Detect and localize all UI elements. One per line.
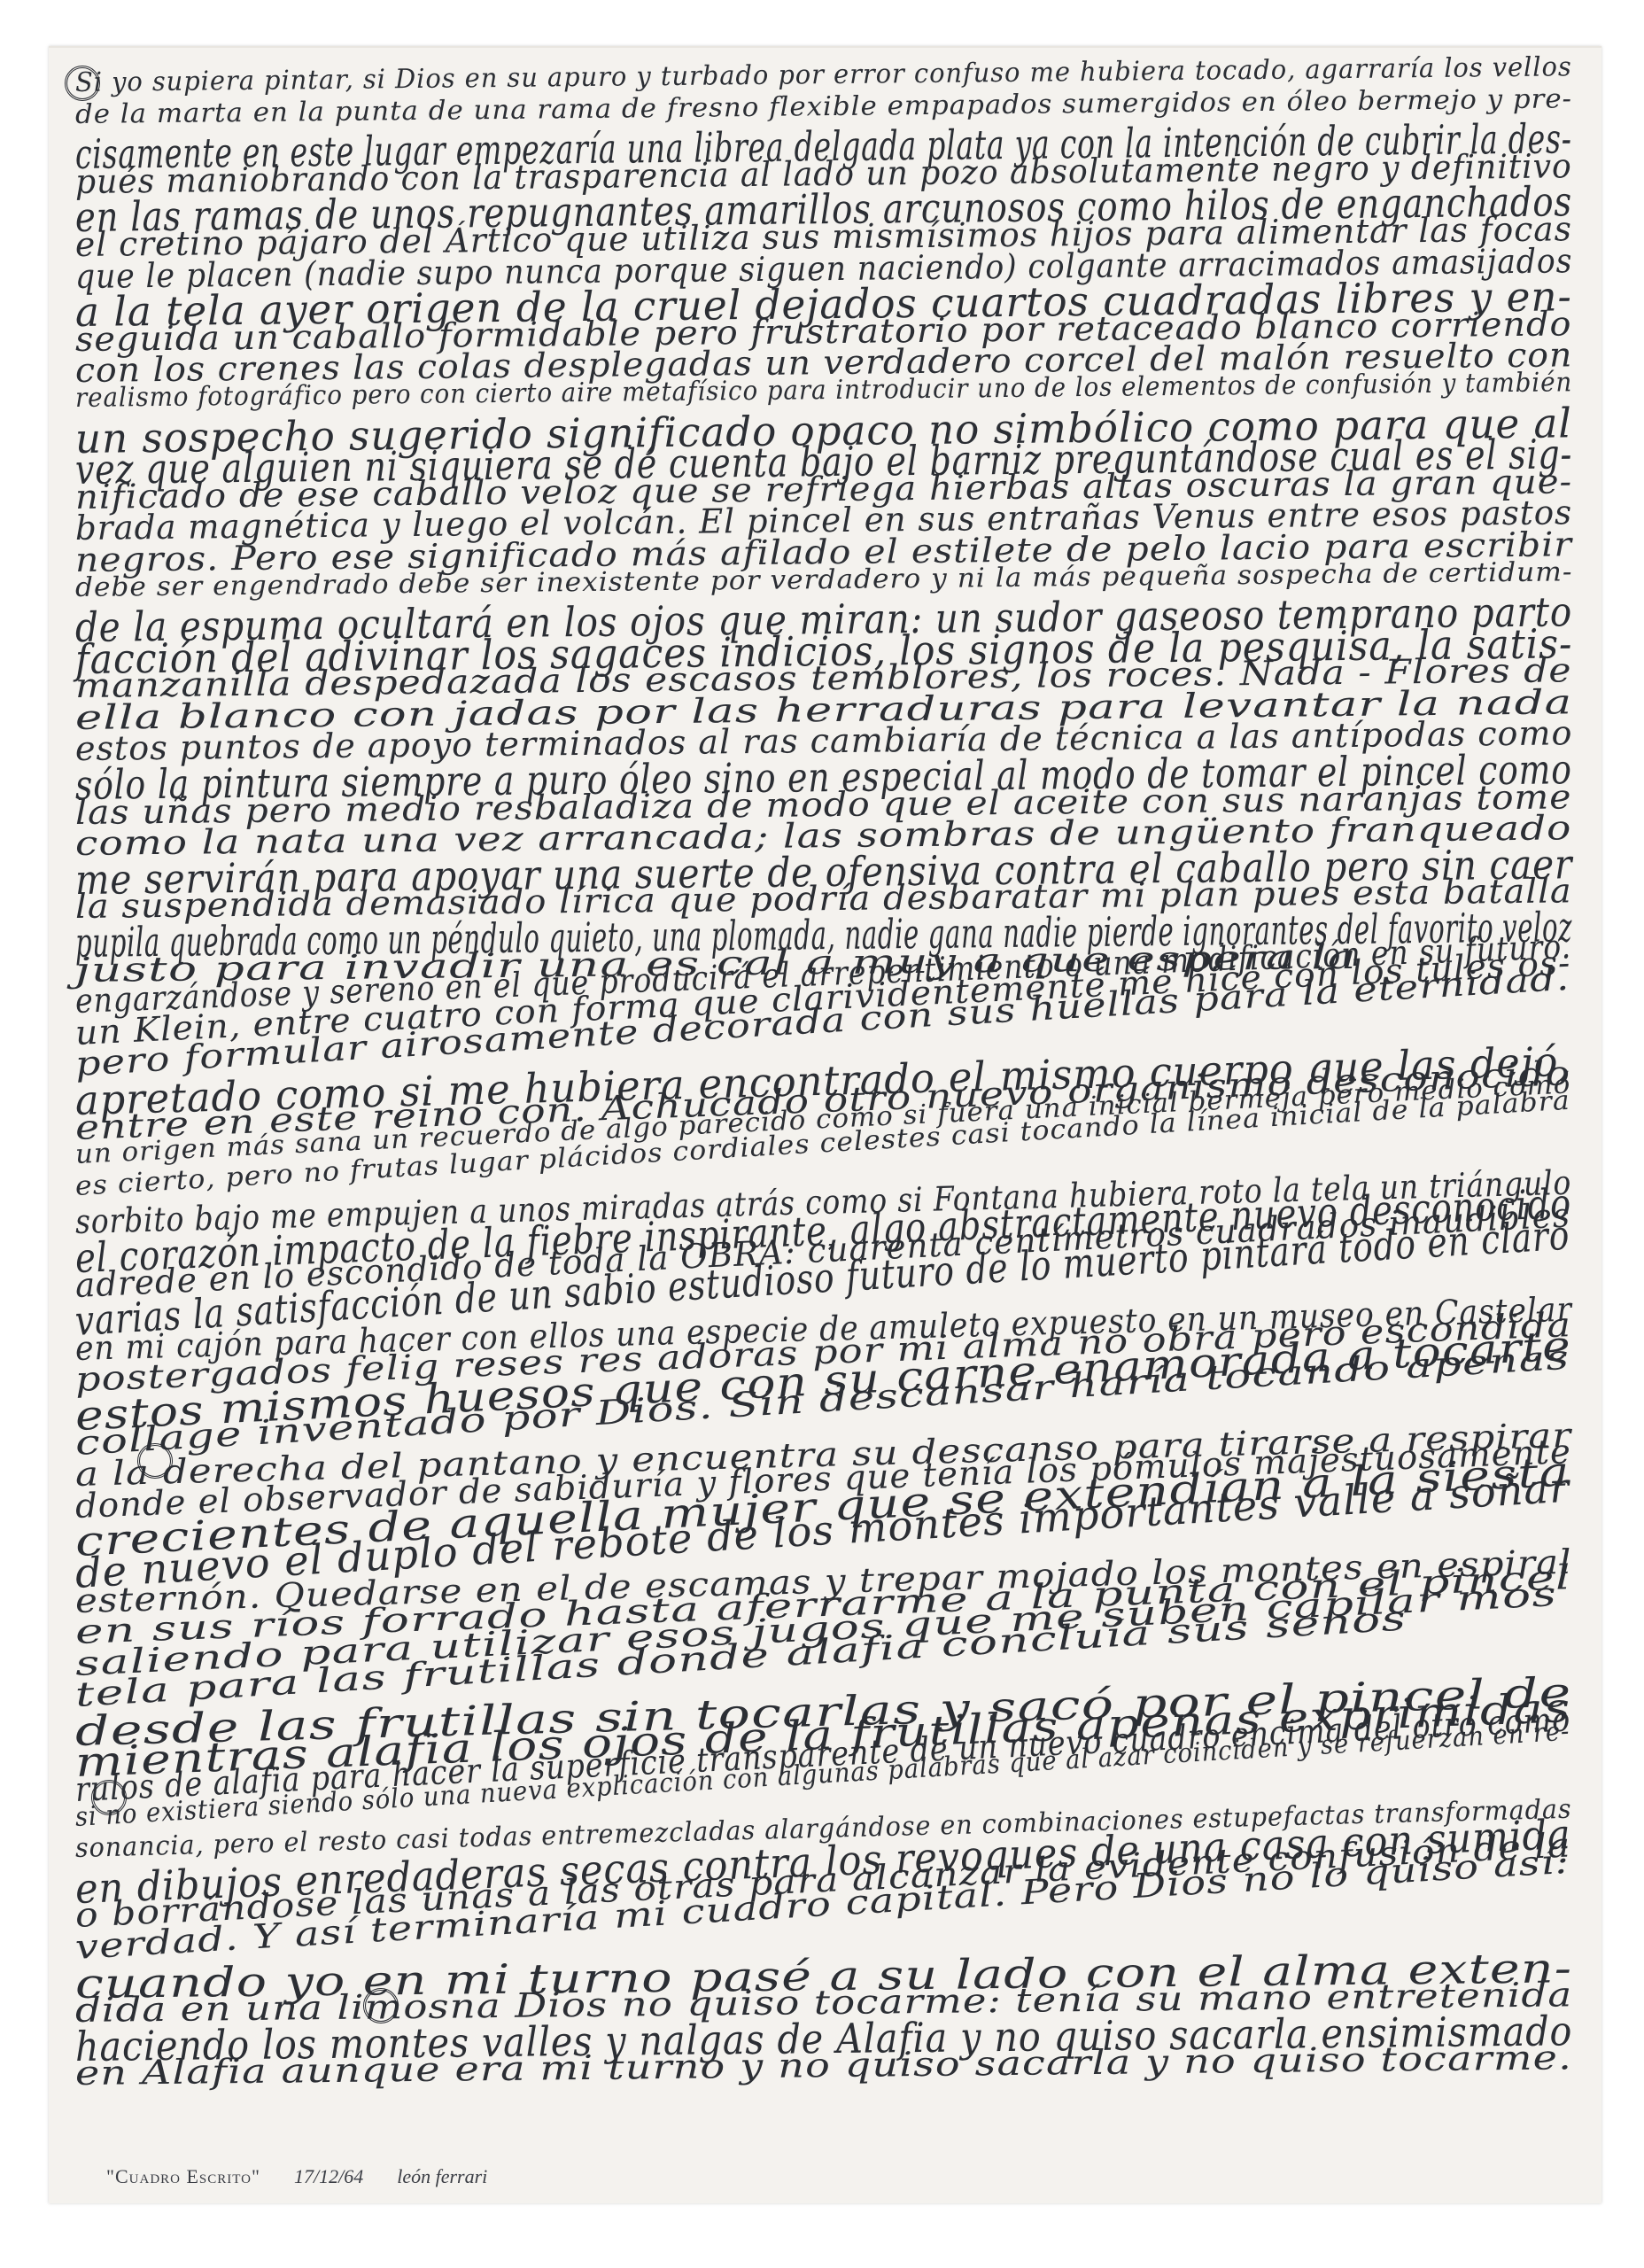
- paper-sheet: Si yo supiera pintar, si Dios en su apur…: [49, 46, 1601, 2203]
- artwork-caption: "Cuadro Escrito" 17/12/64 león ferrari: [106, 2165, 487, 2188]
- artist-signature: león ferrari: [397, 2165, 487, 2188]
- artwork-date: 17/12/64: [294, 2165, 363, 2188]
- artwork-title: "Cuadro Escrito": [106, 2165, 260, 2188]
